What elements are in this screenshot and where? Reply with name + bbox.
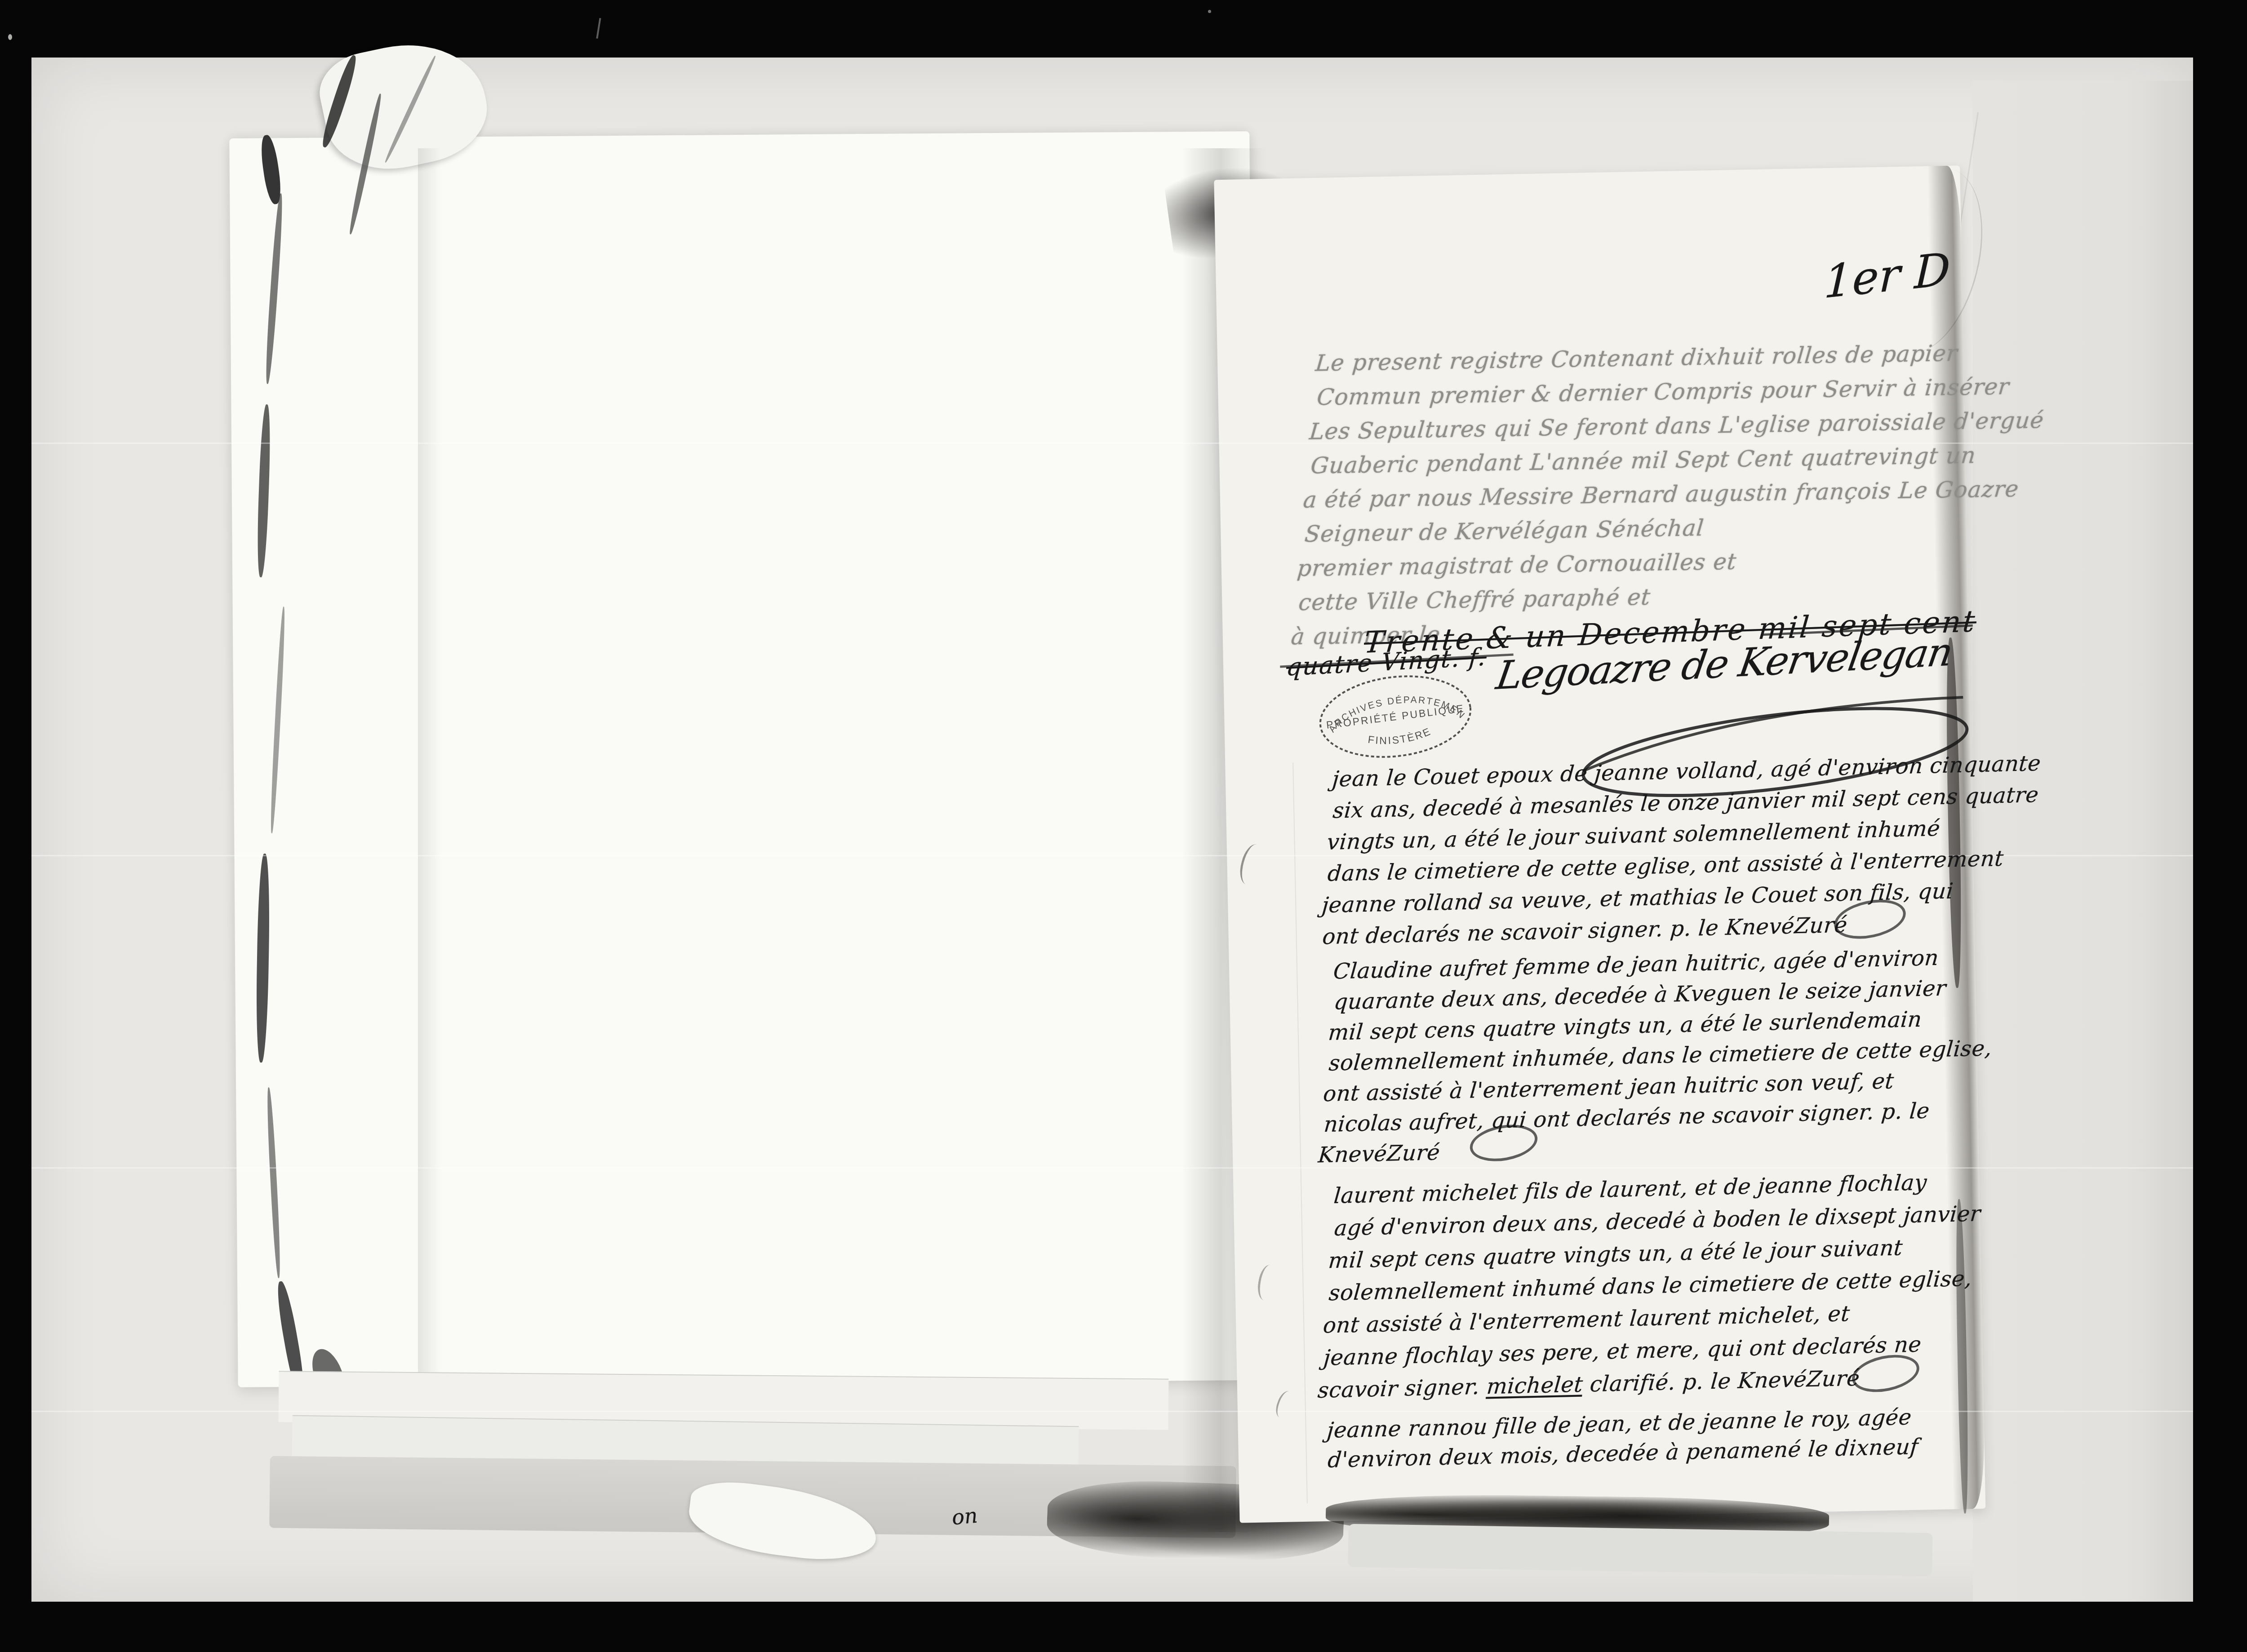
handwriting-segment: scavoir signer. bbox=[1317, 1374, 1488, 1403]
burial-entry-3: laurent michelet fils de laurent, et de … bbox=[1316, 1165, 1985, 1407]
svg-text:FINISTÈRE: FINISTÈRE bbox=[1366, 725, 1434, 749]
burial-entry-2: Claudine aufret femme de jean huitric, a… bbox=[1317, 941, 2001, 1171]
stray-ink-mark: on bbox=[951, 1503, 979, 1530]
film-speck bbox=[1208, 10, 1211, 13]
film-speck bbox=[8, 34, 12, 40]
stamp-line-3: FINISTÈRE bbox=[1366, 725, 1434, 749]
burial-entry-1: jean le Couet epoux de jeanne volland, a… bbox=[1318, 748, 2043, 953]
left-page-blank bbox=[229, 131, 1258, 1387]
film-speck bbox=[596, 18, 601, 39]
microfilm-frame: 1er D Le present registre Contenant dixh… bbox=[0, 0, 2247, 1652]
stamp-line-2: PROPRIÉTÉ PUBLIQUE bbox=[1326, 702, 1465, 731]
underlined-name: michelet bbox=[1486, 1372, 1584, 1399]
handwriting-segment: clarifié. p. le KnevéZuré bbox=[1582, 1365, 1861, 1397]
page-fold-line bbox=[1292, 762, 1308, 1504]
